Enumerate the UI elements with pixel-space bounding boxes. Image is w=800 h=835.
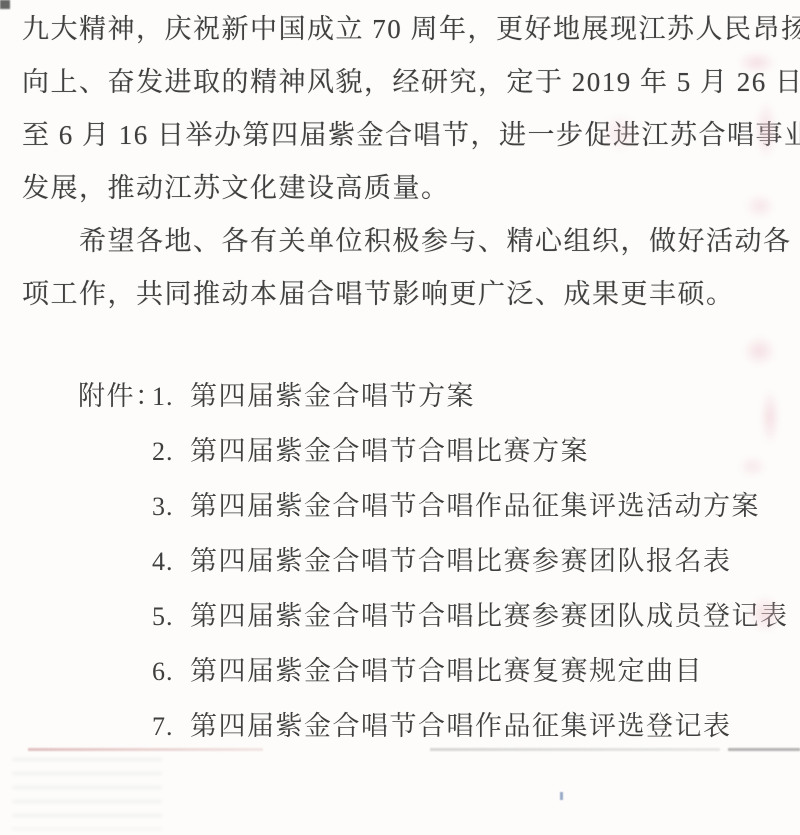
attachment-item-3: 3. 第四届紫金合唱节合唱作品征集评选活动方案 [78,479,784,534]
attachment-title: 第四届紫金合唱节合唱比赛方案 [190,424,589,478]
attachment-title: 第四届紫金合唱节合唱比赛参赛团队报名表 [190,534,732,588]
attachment-title: 第四届紫金合唱节合唱作品征集评选登记表 [190,699,732,753]
attachment-number: 5. [152,590,190,644]
attachment-number: 3. [152,480,190,534]
ink-bleed-artifact-bottom-left [12,758,162,830]
body-line-5: 希望各地、各有关单位积极参与、精心组织，做好活动各 [22,215,784,268]
attachment-item-1: 附件： 1. 第四届紫金合唱节方案 [78,369,784,424]
attachment-item-7: 7. 第四届紫金合唱节合唱作品征集评选登记表 [78,699,784,754]
body-line-6: 项工作，共同推动本届合唱节影响更广泛、成果更丰硕。 [22,268,784,321]
attachment-item-5: 5. 第四届紫金合唱节合唱比赛参赛团队成员登记表 [78,589,784,644]
body-line-3: 至 6 月 16 日举办第四届紫金合唱节，进一步促进江苏合唱事业 [22,109,784,162]
attachment-number: 6. [152,645,190,699]
scan-speck-artifact [560,792,563,800]
attachment-title: 第四届紫金合唱节合唱作品征集评选活动方案 [190,479,760,533]
attachment-item-2: 2. 第四届紫金合唱节合唱比赛方案 [78,424,784,479]
attachment-number: 4. [152,535,190,589]
attachments-list: 附件： 1. 第四届紫金合唱节方案 2. 第四届紫金合唱节合唱比赛方案 3. 第… [78,369,784,754]
attachment-number: 2. [152,425,190,479]
fold-line-artifact-center [430,748,720,751]
attachment-item-6: 6. 第四届紫金合唱节合唱比赛复赛规定曲目 [78,644,784,699]
document-body: 九大精神，庆祝新中国成立 70 周年，更好地展现江苏人民昂扬 向上、奋发进取的精… [22,3,784,754]
fold-line-artifact-right [728,748,800,751]
attachment-title: 第四届紫金合唱节合唱比赛复赛规定曲目 [190,644,703,698]
paragraph-gap [22,321,784,369]
attachment-number: 1. [152,370,190,424]
body-line-4: 发展，推动江苏文化建设高质量。 [22,162,784,215]
body-line-2: 向上、奋发进取的精神风貌，经研究，定于 2019 年 5 月 26 日 [22,56,784,109]
attachment-title: 第四届紫金合唱节合唱比赛参赛团队成员登记表 [190,589,789,643]
attachment-item-4: 4. 第四届紫金合唱节合唱比赛参赛团队报名表 [78,534,784,589]
attachments-label: 附件： [78,369,152,423]
attachment-number: 7. [152,700,190,754]
attachment-title: 第四届紫金合唱节方案 [190,369,475,423]
scan-corner-artifact [0,0,10,9]
scanned-document-page: 九大精神，庆祝新中国成立 70 周年，更好地展现江苏人民昂扬 向上、奋发进取的精… [0,0,800,835]
fold-line-artifact-left [28,748,263,751]
body-line-1: 九大精神，庆祝新中国成立 70 周年，更好地展现江苏人民昂扬 [22,3,784,56]
